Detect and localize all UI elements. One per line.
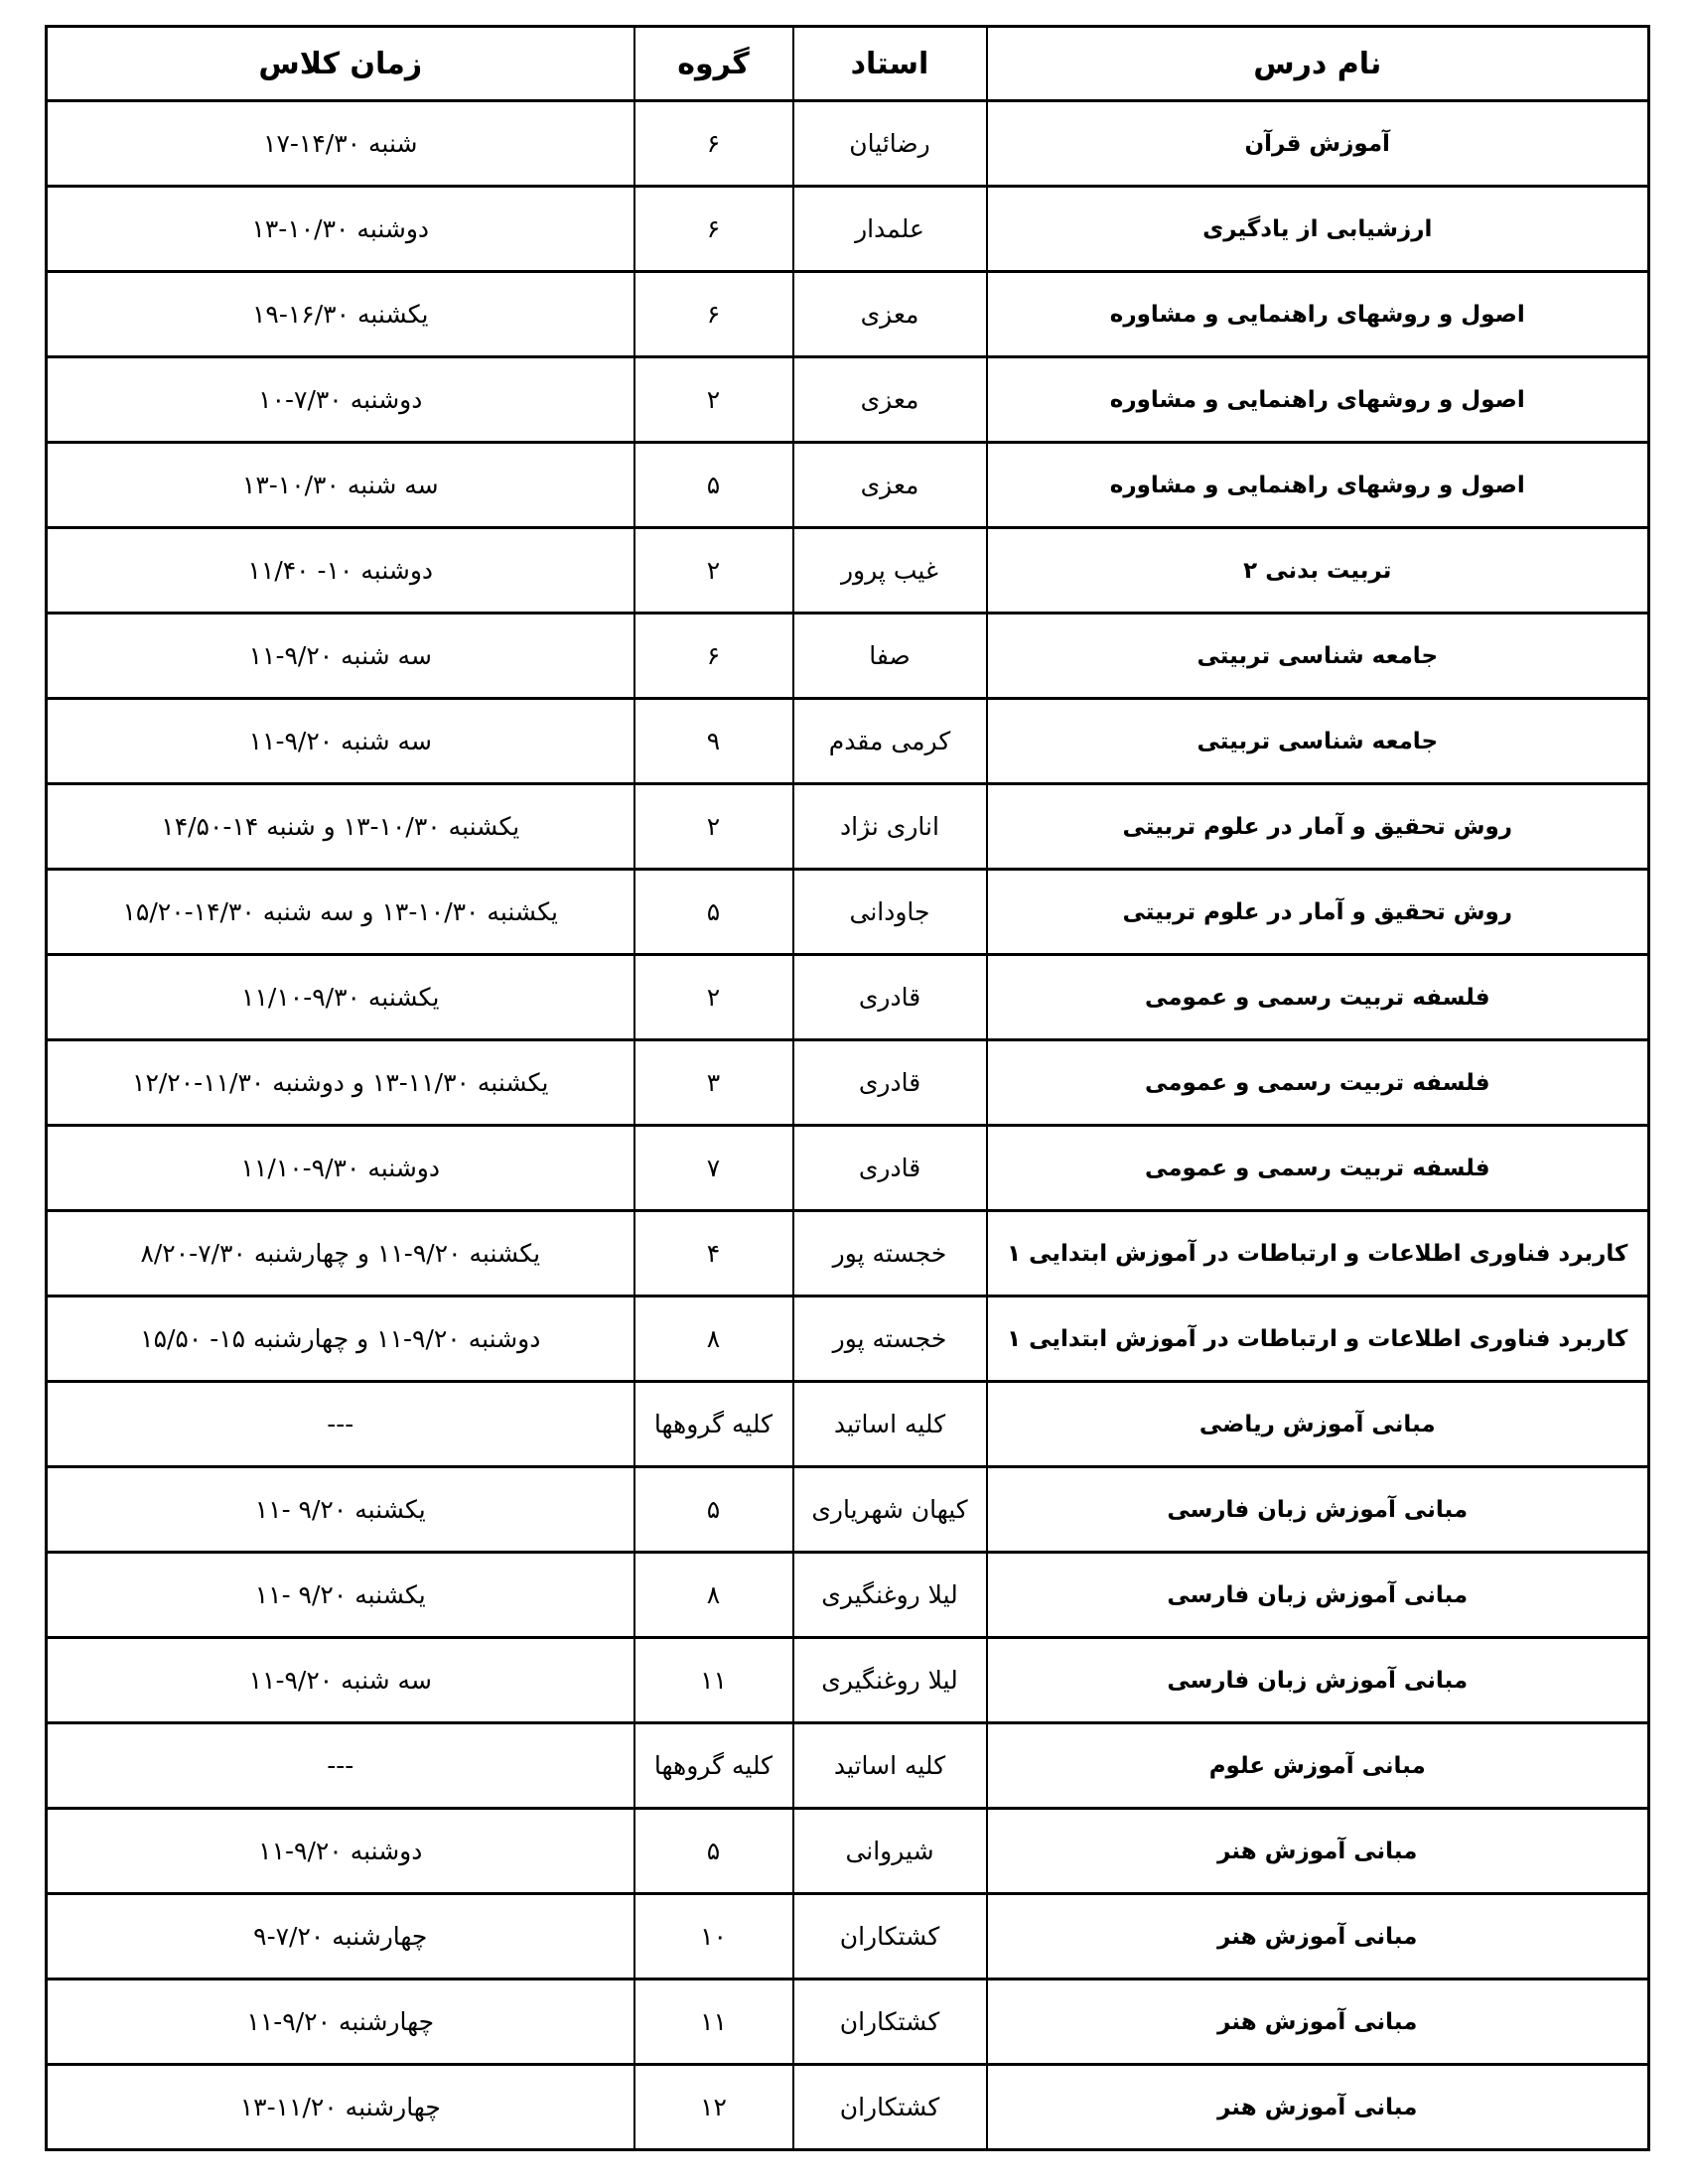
cell-course: مبانی آموزش زبان فارسی <box>987 1467 1649 1553</box>
cell-group: ۲ <box>634 955 793 1040</box>
cell-group: ۲ <box>634 357 793 443</box>
cell-group: ۶ <box>634 272 793 357</box>
cell-course: مبانی آموزش ریاضی <box>987 1382 1649 1467</box>
cell-professor: کیهان شهریاری <box>793 1467 987 1553</box>
table-row: مبانی آموزش هنرکشتکاران۱۰چهارشنبه ۷/۲۰‏-… <box>47 1894 1649 1979</box>
table-row: اصول و روشهای راهنمایی و مشاورهمعزی۲دوشن… <box>47 357 1649 443</box>
table-row: ارزشیابی از یادگیریعلمدار۶دوشنبه ۱۰/۳۰‏-… <box>47 187 1649 272</box>
cell-group: ۶ <box>634 101 793 187</box>
cell-course: مبانی آموزش علوم <box>987 1723 1649 1809</box>
cell-course: ارزشیابی از یادگیری <box>987 187 1649 272</box>
table-row: فلسفه تربیت رسمی و عمومیقادری۳یکشنبه ۱۱/… <box>47 1040 1649 1126</box>
cell-professor: خجسته پور <box>793 1211 987 1297</box>
header-class-time: زمان کلاس <box>47 27 634 101</box>
cell-professor: اناری نژاد <box>793 784 987 870</box>
cell-course: مبانی آموزش هنر <box>987 1809 1649 1894</box>
cell-time: یکشنبه ۹/۲۰ ‏-۱۱ <box>47 1467 634 1553</box>
header-group: گروه <box>634 27 793 101</box>
table-row: آموزش قرآنرضائیان۶شنبه ۱۴/۳۰‏-۱۷ <box>47 101 1649 187</box>
cell-group: ۵ <box>634 1467 793 1553</box>
cell-professor: رضائیان <box>793 101 987 187</box>
cell-professor: لیلا روغنگیری <box>793 1553 987 1638</box>
table-row: مبانی آموزش زبان فارسیلیلا روغنگیری۱۱سه … <box>47 1638 1649 1723</box>
cell-professor: کشتکاران <box>793 1979 987 2065</box>
cell-professor: معزی <box>793 443 987 528</box>
table-row: مبانی آموزش علومکلیه اساتیدکلیه گروهها--… <box>47 1723 1649 1809</box>
cell-course: اصول و روشهای راهنمایی و مشاوره <box>987 272 1649 357</box>
cell-professor: صفا <box>793 614 987 699</box>
cell-course: مبانی آموزش هنر <box>987 1979 1649 2065</box>
table-row: جامعه شناسی تربیتیصفا۶سه شنبه ۹/۲۰‏-۱۱ <box>47 614 1649 699</box>
cell-group: کلیه گروهها <box>634 1723 793 1809</box>
cell-time: چهارشنبه ۹/۲۰‏-۱۱ <box>47 1979 634 2065</box>
header-course-name: نام درس <box>987 27 1649 101</box>
cell-professor: خجسته پور <box>793 1297 987 1382</box>
cell-time: یکشنبه ۱۰/۳۰‏-۱۳ و شنبه ۱۴‏-۱۴/۵۰ <box>47 784 634 870</box>
cell-group: ۷ <box>634 1126 793 1211</box>
cell-time: یکشنبه ۹/۲۰‏-۱۱ و چهارشنبه ۷/۳۰‏-۸/۲۰ <box>47 1211 634 1297</box>
cell-group: ۵ <box>634 870 793 955</box>
table-row: مبانی آموزش هنرکشتکاران۱۲چهارشنبه ۱۱/۲۰‏… <box>47 2065 1649 2150</box>
table-row: مبانی آموزش ریاضیکلیه اساتیدکلیه گروهها-… <box>47 1382 1649 1467</box>
table-row: روش تحقیق و آمار در علوم تربیتیاناری نژا… <box>47 784 1649 870</box>
table-row: مبانی آموزش زبان فارسیلیلا روغنگیری۸یکشن… <box>47 1553 1649 1638</box>
cell-professor: کلیه اساتید <box>793 1723 987 1809</box>
table-row: مبانی آموزش هنرشیروانی۵دوشنبه ۹/۲۰‏-۱۱ <box>47 1809 1649 1894</box>
cell-course: اصول و روشهای راهنمایی و مشاوره <box>987 443 1649 528</box>
table-row: کاربرد فناوری اطلاعات و ارتباطات در آموز… <box>47 1297 1649 1382</box>
table-row: اصول و روشهای راهنمایی و مشاورهمعزی۵سه ش… <box>47 443 1649 528</box>
cell-course: اصول و روشهای راهنمایی و مشاوره <box>987 357 1649 443</box>
cell-group: ۱۱ <box>634 1979 793 2065</box>
cell-time: یکشنبه ۱۱/۳۰‏-۱۳ و دوشنبه ۱۱/۳۰‏-۱۲/۲۰ <box>47 1040 634 1126</box>
cell-group: ۴ <box>634 1211 793 1297</box>
cell-course: مبانی آموزش هنر <box>987 1894 1649 1979</box>
cell-time: دوشنبه ۹/۲۰‏-۱۱ و چهارشنبه ۱۵‏- ۱۵/۵۰ <box>47 1297 634 1382</box>
cell-group: ۸ <box>634 1553 793 1638</box>
schedule-page: نام درس استاد گروه زمان کلاس آموزش قرآنر… <box>0 0 1688 2184</box>
cell-professor: لیلا روغنگیری <box>793 1638 987 1723</box>
cell-course: کاربرد فناوری اطلاعات و ارتباطات در آموز… <box>987 1297 1649 1382</box>
cell-time: --- <box>47 1723 634 1809</box>
cell-course: جامعه شناسی تربیتی <box>987 699 1649 784</box>
table-row: جامعه شناسی تربیتیکرمی مقدم۹سه شنبه ۹/۲۰… <box>47 699 1649 784</box>
cell-course: فلسفه تربیت رسمی و عمومی <box>987 1040 1649 1126</box>
cell-professor: قادری <box>793 1126 987 1211</box>
cell-time: چهارشنبه ۱۱/۲۰‏-۱۳ <box>47 2065 634 2150</box>
cell-group: ۵ <box>634 443 793 528</box>
cell-time: سه شنبه ۹/۲۰‏-۱۱ <box>47 614 634 699</box>
cell-course: فلسفه تربیت رسمی و عمومی <box>987 1126 1649 1211</box>
cell-group: ۱۰ <box>634 1894 793 1979</box>
cell-time: سه شنبه ۹/۲۰‏-۱۱ <box>47 1638 634 1723</box>
cell-time: یکشنبه ۹/۳۰‏-۱۱/۱۰ <box>47 955 634 1040</box>
cell-course: جامعه شناسی تربیتی <box>987 614 1649 699</box>
cell-professor: معزی <box>793 272 987 357</box>
cell-course: کاربرد فناوری اطلاعات و ارتباطات در آموز… <box>987 1211 1649 1297</box>
cell-professor: شیروانی <box>793 1809 987 1894</box>
table-row: تربیت بدنی ۲غیب پرور۲دوشنبه ۱۰‏- ۱۱/۴۰ <box>47 528 1649 614</box>
cell-time: چهارشنبه ۷/۲۰‏-۹ <box>47 1894 634 1979</box>
cell-group: کلیه گروهها <box>634 1382 793 1467</box>
header-row: نام درس استاد گروه زمان کلاس <box>47 27 1649 101</box>
cell-group: ۹ <box>634 699 793 784</box>
header-professor: استاد <box>793 27 987 101</box>
cell-time: --- <box>47 1382 634 1467</box>
cell-professor: غیب پرور <box>793 528 987 614</box>
cell-time: یکشنبه ۹/۲۰ ‏-۱۱ <box>47 1553 634 1638</box>
cell-group: ۸ <box>634 1297 793 1382</box>
cell-time: دوشنبه ۷/۳۰‏-۱۰ <box>47 357 634 443</box>
schedule-table-body: آموزش قرآنرضائیان۶شنبه ۱۴/۳۰‏-۱۷ارزشیابی… <box>47 101 1649 2150</box>
cell-professor: کشتکاران <box>793 1894 987 1979</box>
table-row: فلسفه تربیت رسمی و عمومیقادری۷دوشنبه ۹/۳… <box>47 1126 1649 1211</box>
cell-time: سه شنبه ۹/۲۰‏-۱۱ <box>47 699 634 784</box>
table-row: روش تحقیق و آمار در علوم تربیتیجاودانی۵ی… <box>47 870 1649 955</box>
cell-time: دوشنبه ۹/۳۰‏-۱۱/۱۰ <box>47 1126 634 1211</box>
cell-time: دوشنبه ۹/۲۰‏-۱۱ <box>47 1809 634 1894</box>
cell-professor: معزی <box>793 357 987 443</box>
course-schedule-table: نام درس استاد گروه زمان کلاس آموزش قرآنر… <box>45 25 1650 2151</box>
table-header: نام درس استاد گروه زمان کلاس <box>47 27 1649 101</box>
cell-course: فلسفه تربیت رسمی و عمومی <box>987 955 1649 1040</box>
cell-group: ۶ <box>634 187 793 272</box>
cell-group: ۶ <box>634 614 793 699</box>
cell-professor: جاودانی <box>793 870 987 955</box>
cell-course: روش تحقیق و آمار در علوم تربیتی <box>987 870 1649 955</box>
table-row: کاربرد فناوری اطلاعات و ارتباطات در آموز… <box>47 1211 1649 1297</box>
table-row: مبانی آموزش زبان فارسیکیهان شهریاری۵یکشن… <box>47 1467 1649 1553</box>
cell-course: مبانی آموزش زبان فارسی <box>987 1638 1649 1723</box>
cell-professor: علمدار <box>793 187 987 272</box>
cell-group: ۱۱ <box>634 1638 793 1723</box>
cell-time: شنبه ۱۴/۳۰‏-۱۷ <box>47 101 634 187</box>
cell-time: یکشنبه ۱۶/۳۰‏-۱۹ <box>47 272 634 357</box>
cell-professor: قادری <box>793 955 987 1040</box>
cell-time: دوشنبه ۱۰‏- ۱۱/۴۰ <box>47 528 634 614</box>
cell-professor: کلیه اساتید <box>793 1382 987 1467</box>
cell-group: ۲ <box>634 528 793 614</box>
table-row: اصول و روشهای راهنمایی و مشاورهمعزی۶یکشن… <box>47 272 1649 357</box>
table-row: فلسفه تربیت رسمی و عمومیقادری۲یکشنبه ۹/۳… <box>47 955 1649 1040</box>
cell-professor: کرمی مقدم <box>793 699 987 784</box>
cell-course: روش تحقیق و آمار در علوم تربیتی <box>987 784 1649 870</box>
cell-course: تربیت بدنی ۲ <box>987 528 1649 614</box>
cell-group: ۵ <box>634 1809 793 1894</box>
cell-group: ۳ <box>634 1040 793 1126</box>
cell-time: دوشنبه ۱۰/۳۰‏-۱۳ <box>47 187 634 272</box>
cell-group: ۲ <box>634 784 793 870</box>
table-row: مبانی آموزش هنرکشتکاران۱۱چهارشنبه ۹/۲۰‏-… <box>47 1979 1649 2065</box>
cell-professor: کشتکاران <box>793 2065 987 2150</box>
cell-professor: قادری <box>793 1040 987 1126</box>
cell-time: یکشنبه ۱۰/۳۰‏-۱۳ و سه شنبه ۱۴/۳۰‏-۱۵/۲۰ <box>47 870 634 955</box>
cell-course: مبانی آموزش زبان فارسی <box>987 1553 1649 1638</box>
cell-course: مبانی آموزش هنر <box>987 2065 1649 2150</box>
cell-time: سه شنبه ۱۰/۳۰‏-۱۳ <box>47 443 634 528</box>
cell-group: ۱۲ <box>634 2065 793 2150</box>
cell-course: آموزش قرآن <box>987 101 1649 187</box>
